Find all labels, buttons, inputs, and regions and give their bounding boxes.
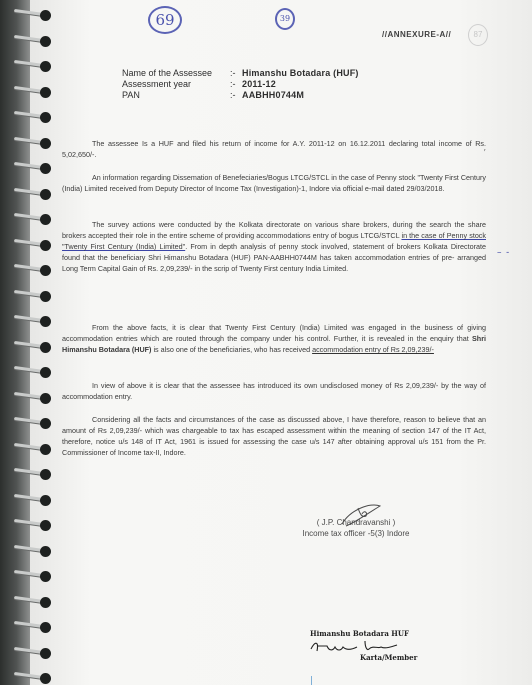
spiral-coil [14, 136, 54, 150]
punch-hole [40, 163, 51, 174]
bleed-through-text [300, 92, 302, 98]
punch-hole [40, 189, 51, 200]
paragraph-text: The assessee Is a HUF and filed his retu… [62, 138, 486, 160]
spiral-coil [14, 238, 54, 252]
spiral-coil [14, 263, 54, 277]
handwritten-page-number: 69 [148, 6, 182, 34]
text-segment: is also one of the beneficiaries, who ha… [151, 345, 312, 354]
spiral-coil [14, 110, 54, 124]
field-label: PAN [122, 90, 230, 101]
annexure-stamp: 87 [468, 24, 488, 46]
punch-hole [40, 622, 51, 633]
page-number-text: 69 [155, 11, 174, 29]
punch-hole [40, 571, 51, 582]
officer-designation: Income tax officer -5(3) Indore [296, 528, 416, 539]
punch-hole [40, 367, 51, 378]
pen-tick-mark: ′ [484, 148, 486, 157]
paragraph-text: Considering all the facts and circumstan… [62, 414, 486, 458]
field-label: Name of the Assessee [122, 68, 230, 79]
assessee-name-value: Himanshu Botadara (HUF) [242, 68, 359, 79]
spiral-coil [14, 8, 54, 22]
punch-hole [40, 291, 51, 302]
paragraph-return-filed: The assessee Is a HUF and filed his retu… [62, 138, 486, 160]
underlined-segment: accommodation entry of Rs 2,09,239/- [312, 345, 434, 354]
spiral-coil [14, 544, 54, 558]
annexure-label: //ANNEXURE-A// [382, 30, 451, 39]
paragraph-survey: The survey actions were conducted by the… [62, 219, 486, 274]
spiral-coil [14, 569, 54, 583]
separator: :- [230, 79, 242, 90]
spiral-coil [14, 620, 54, 634]
spiral-coil [14, 187, 54, 201]
assessee-details: Name of the Assessee :- Himanshu Botadar… [122, 68, 359, 101]
spiral-coil [14, 59, 54, 73]
spiral-coil [14, 646, 54, 660]
punch-hole [40, 265, 51, 276]
spiral-coil [14, 365, 54, 379]
spiral-coil [14, 467, 54, 481]
spiral-coil [14, 289, 54, 303]
spiral-coil [14, 518, 54, 532]
punch-hole [40, 36, 51, 47]
punch-hole [40, 673, 51, 684]
paragraph-text: An information regarding Dissemation of … [62, 172, 486, 194]
spiral-coil [14, 671, 54, 685]
circled-folio-number: 39 [275, 8, 295, 30]
spiral-coil [14, 314, 54, 328]
punch-hole [40, 138, 51, 149]
punch-hole [40, 316, 51, 327]
punch-hole [40, 546, 51, 557]
spiral-coil [14, 442, 54, 456]
punch-hole [40, 393, 51, 404]
punch-hole [40, 444, 51, 455]
paragraph-findings: From the above facts, it is clear that T… [62, 322, 486, 355]
punch-hole [40, 495, 51, 506]
spiral-coil [14, 161, 54, 175]
separator: :- [230, 68, 242, 79]
spiral-coil [14, 85, 54, 99]
spiral-coil [14, 340, 54, 354]
spiral-coil [14, 416, 54, 430]
officer-signature-block: ( J.P. Chandravanshi ) Income tax office… [296, 517, 416, 539]
karta-signature [309, 637, 399, 657]
punch-hole [40, 87, 51, 98]
spiral-coil [14, 391, 54, 405]
text-segment: From the above facts, it is clear that T… [62, 323, 486, 343]
assessee-name-row: Name of the Assessee :- Himanshu Botadar… [122, 68, 359, 79]
paragraph-text: The survey actions were conducted by the… [62, 219, 486, 274]
pan-value: AABHH0744M [242, 90, 304, 101]
punch-hole [40, 240, 51, 251]
punch-hole [40, 214, 51, 225]
punch-hole [40, 469, 51, 480]
spiral-coil [14, 493, 54, 507]
pan-row: PAN :- AABHH0744M [122, 90, 359, 101]
spiral-coil [14, 34, 54, 48]
paragraph-text: In view of above it is clear that the as… [62, 380, 486, 402]
paragraph-information: An information regarding Dissemation of … [62, 172, 486, 194]
punch-hole [40, 418, 51, 429]
punch-hole [40, 342, 51, 353]
paragraph-conclusion: In view of above it is clear that the as… [62, 380, 486, 402]
assessment-year-value: 2011-12 [242, 79, 276, 90]
pen-stroke [311, 676, 312, 685]
punch-hole [40, 597, 51, 608]
punch-hole [40, 112, 51, 123]
folio-number-text: 39 [280, 14, 290, 23]
assessment-year-row: Assessment year :- 2011-12 [122, 79, 359, 90]
separator: :- [230, 90, 242, 101]
officer-name: ( J.P. Chandravanshi ) [296, 517, 416, 528]
punch-hole [40, 520, 51, 531]
punch-hole [40, 10, 51, 21]
punch-hole [40, 61, 51, 72]
paragraph-text: From the above facts, it is clear that T… [62, 322, 486, 355]
spiral-coil [14, 595, 54, 609]
field-label: Assessment year [122, 79, 230, 90]
paragraph-reason-to-believe: Considering all the facts and circumstan… [62, 414, 486, 458]
pen-mark: – ‐ [497, 248, 509, 258]
spiral-coil [14, 212, 54, 226]
punch-hole [40, 648, 51, 659]
